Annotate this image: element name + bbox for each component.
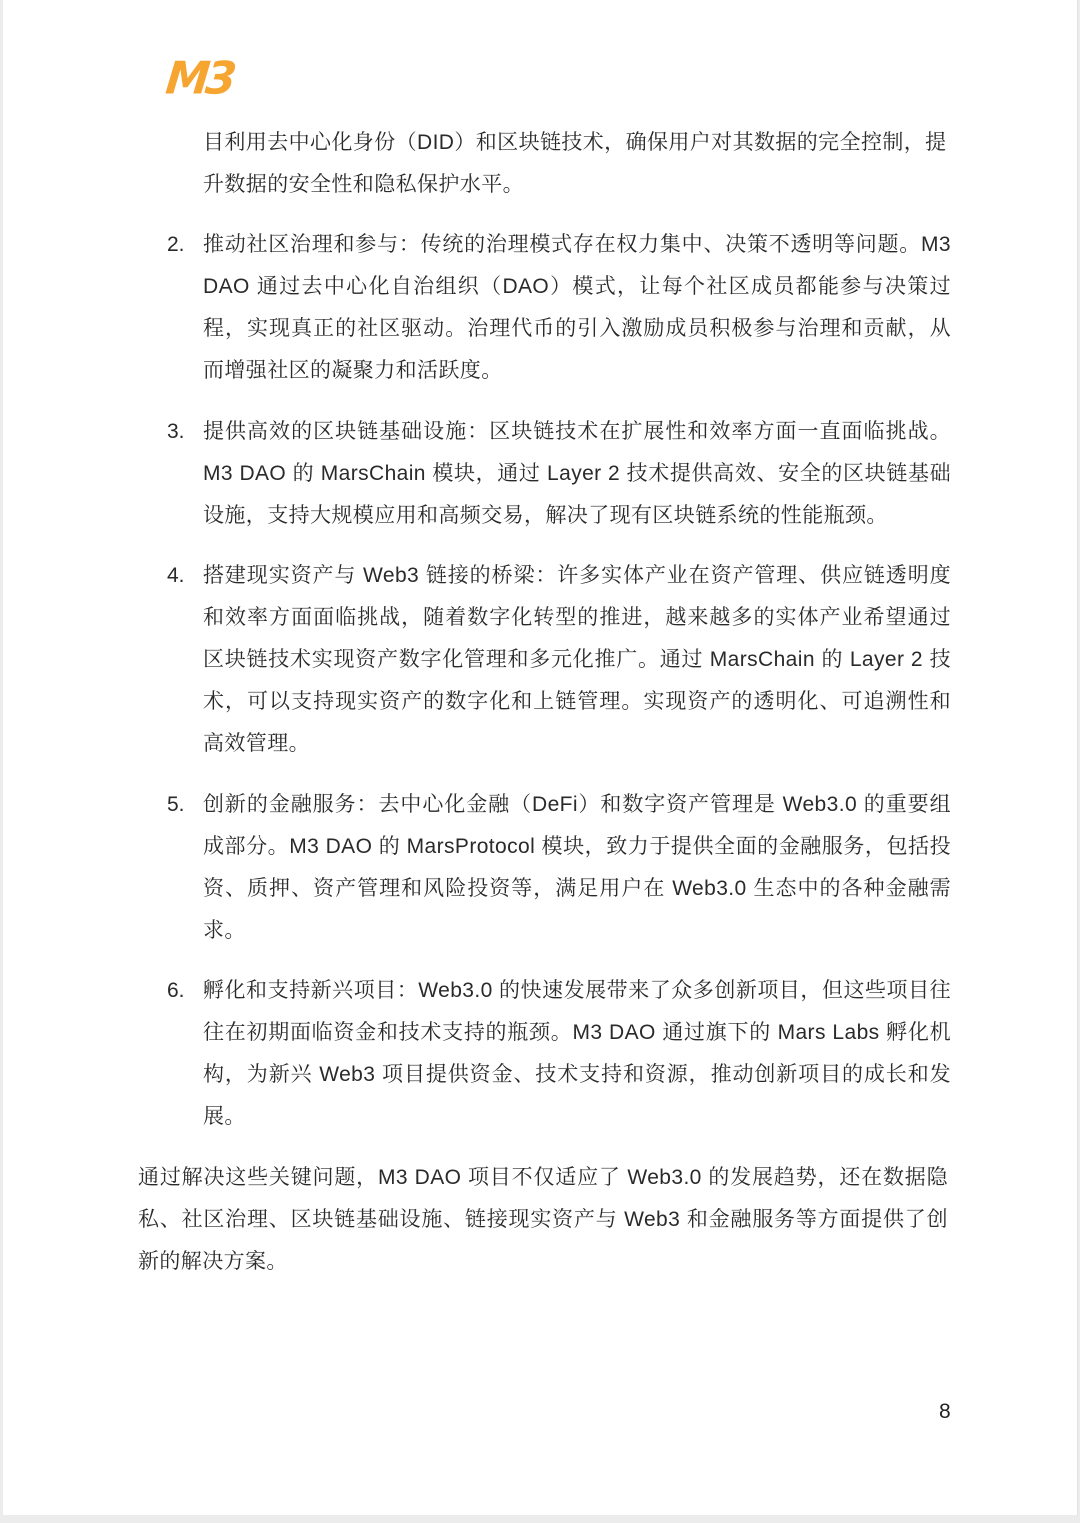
continuation-paragraph: 目利用去中心化身份（DID）和区块链技术，确保用户对其数据的完全控制，提升数据的… — [203, 122, 953, 206]
list-item-text: 推动社区治理和参与：传统的治理模式存在权力集中、决策不透明等问题。M3 DAO … — [203, 224, 951, 392]
closing-paragraph: 通过解决这些关键问题，M3 DAO 项目不仅适应了 Web3.0 的发展趋势，还… — [138, 1157, 948, 1283]
list-number: 2. — [167, 224, 203, 266]
m3-logo: M3 — [164, 56, 235, 103]
page-number: 8 — [939, 1400, 951, 1424]
list-number: 3. — [167, 411, 203, 453]
list-item-text: 创新的金融服务：去中心化金融（DeFi）和数字资产管理是 Web3.0 的重要组… — [203, 784, 951, 952]
document-page: M3 目利用去中心化身份（DID）和区块链技术，确保用户对其数据的完全控制，提升… — [3, 0, 1078, 1515]
list-number: 6. — [167, 970, 203, 1012]
list-item-text: 提供高效的区块链基础设施：区块链技术在扩展性和效率方面一直面临挑战。M3 DAO… — [203, 411, 951, 537]
list-item-text: 孵化和支持新兴项目：Web3.0 的快速发展带来了众多创新项目，但这些项目往往在… — [203, 970, 951, 1138]
list-item-text: 搭建现实资产与 Web3 链接的桥梁：许多实体产业在资产管理、供应链透明度和效率… — [203, 555, 951, 765]
list-number: 4. — [167, 555, 203, 597]
list-number: 5. — [167, 784, 203, 826]
